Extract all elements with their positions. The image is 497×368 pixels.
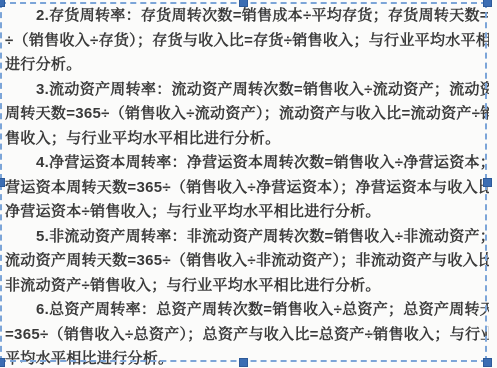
document-page: 2.存货周转率：存货周转次数=销售成本÷平均存货；存货周转天数=365 ÷（销售…: [0, 0, 497, 368]
selection-handle-top-right[interactable]: [483, 0, 492, 7]
text-line: =365÷（销售收入÷总资产）；总资产与收入比=总资产÷销售收入；与行业: [5, 323, 489, 348]
selection-handle-top-left[interactable]: [0, 0, 5, 7]
text-line: 流动资产周转天数=365÷（销售收入÷非流动资产）；非流动资产与收入比=: [5, 249, 489, 274]
text-line: 3.流动资产周转率：流动资产周转次数=销售收入÷流动资产；流动资产: [5, 78, 489, 103]
document-text: 2.存货周转率：存货周转次数=销售成本÷平均存货；存货周转天数=365 ÷（销售…: [5, 4, 489, 368]
selection-handle-top-middle[interactable]: [239, 0, 248, 7]
selection-handle-bottom-middle[interactable]: [239, 358, 248, 367]
text-line: 售收入；与行业平均水平相比进行分析。: [5, 127, 489, 152]
selection-handle-bottom-right[interactable]: [483, 358, 492, 367]
selection-handle-middle-right[interactable]: [483, 178, 492, 187]
selection-handle-bottom-left[interactable]: [0, 358, 5, 367]
text-line: 4.净营运资本周转率：净营运资本周转次数=销售收入÷净营运资本；净: [5, 151, 489, 176]
text-line: 非流动资产÷销售收入；与行业平均水平相比进行分析。: [5, 274, 489, 299]
paragraph-net-working-capital-turnover: 4.净营运资本周转率：净营运资本周转次数=销售收入÷净营运资本；净 营运资本周转…: [5, 151, 489, 225]
selection-handle-middle-left[interactable]: [0, 178, 5, 187]
text-line: 净营运资本÷销售收入；与行业平均水平相比进行分析。: [5, 200, 489, 225]
text-line: 营运资本周转天数=365÷（销售收入÷净营运资本）；净营运资本与收入比=: [5, 176, 489, 201]
text-line: ÷（销售收入÷存货）；存货与收入比=存货÷销售收入；与行业平均水平相比: [5, 29, 489, 54]
paragraph-noncurrent-assets-turnover: 5.非流动资产周转率：非流动资产周转次数=销售收入÷非流动资产；非 流动资产周转…: [5, 225, 489, 299]
paragraph-inventory-turnover: 2.存货周转率：存货周转次数=销售成本÷平均存货；存货周转天数=365 ÷（销售…: [5, 4, 489, 78]
text-line: 周转天数=365÷（销售收入÷流动资产）；流动资产与收入比=流动资产÷销: [5, 102, 489, 127]
text-line: 2.存货周转率：存货周转次数=销售成本÷平均存货；存货周转天数=365: [5, 4, 489, 29]
text-line: 5.非流动资产周转率：非流动资产周转次数=销售收入÷非流动资产；非: [5, 225, 489, 250]
text-line: 6.总资产周转率：总资产周转次数=销售收入÷总资产；总资产周转天数: [5, 298, 489, 323]
paragraph-current-assets-turnover: 3.流动资产周转率：流动资产周转次数=销售收入÷流动资产；流动资产 周转天数=3…: [5, 78, 489, 152]
text-line: 进行分析。: [5, 53, 489, 78]
